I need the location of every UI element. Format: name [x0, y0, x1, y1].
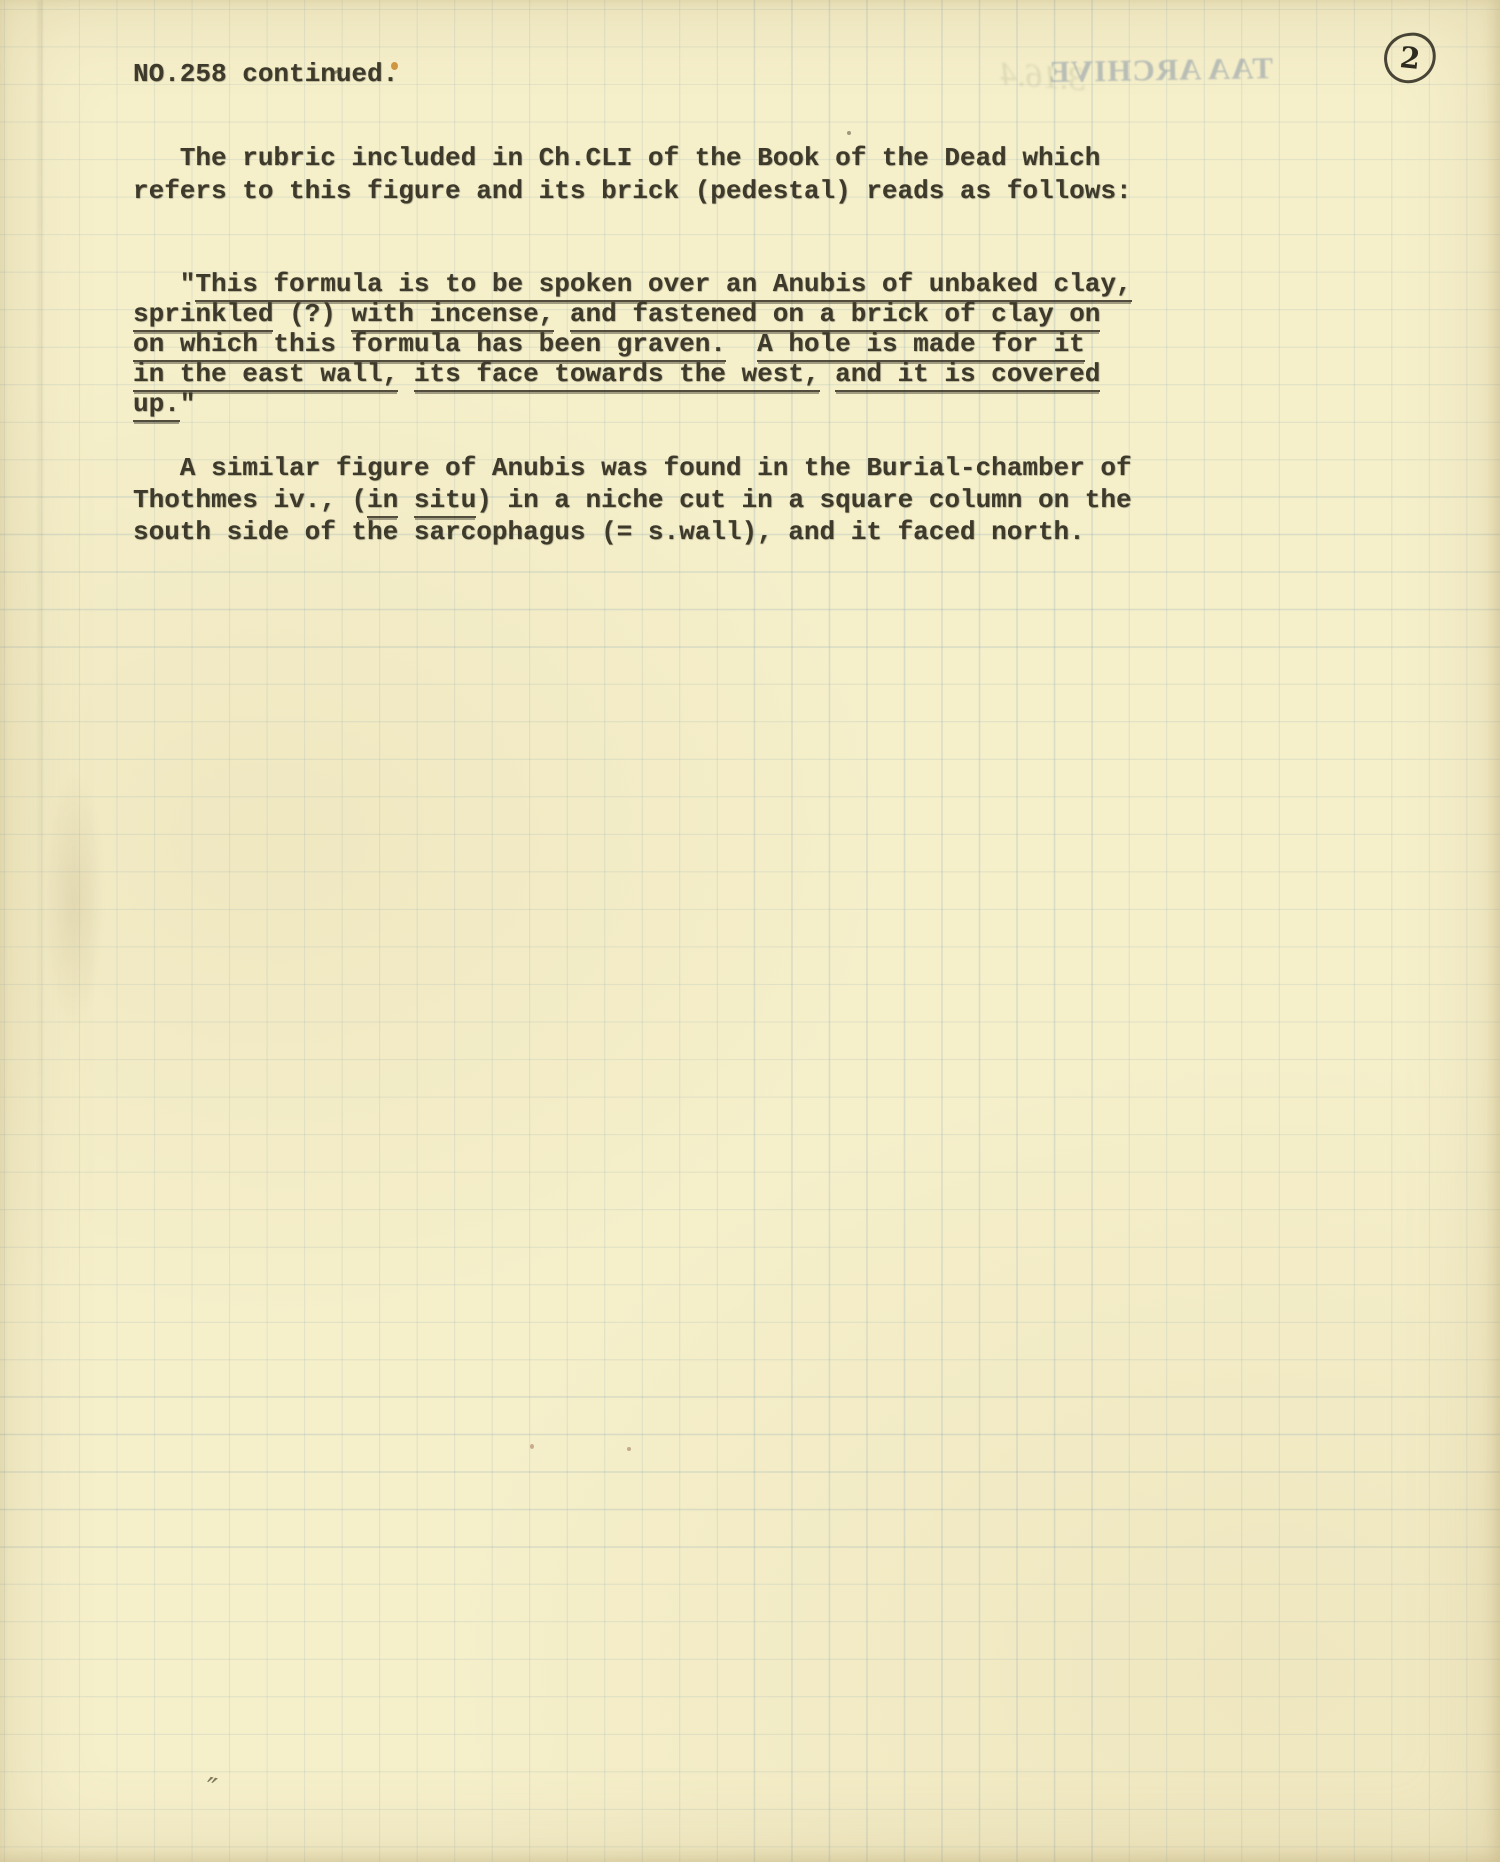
- text-segment: [820, 359, 836, 389]
- paper-speck: [391, 62, 398, 70]
- text-segment: Thothmes iv., (: [133, 485, 367, 515]
- underlined-text-segment: and fastened on a brick of clay on: [570, 299, 1101, 332]
- underlined-text-segment: sprinkled: [133, 299, 273, 332]
- text-segment: A similar figure of Anubis was found in …: [133, 453, 1132, 483]
- underlined-text-segment: on which this formula has been graven.: [133, 329, 726, 362]
- page-number-circle: 2: [1381, 30, 1439, 87]
- text-segment: (?): [273, 299, 351, 329]
- underlined-text-segment: in the east wall,: [133, 359, 398, 392]
- taa-archive-stamp-ghost: TAA ARCHIVE: [1058, 50, 1274, 90]
- text-segment: ": [133, 269, 195, 299]
- paper-crease: [38, 0, 42, 1520]
- paper-speck: [847, 131, 851, 135]
- paper-speck: [627, 1447, 631, 1451]
- text-line: A similar figure of Anubis was found in …: [133, 452, 1132, 484]
- underlined-text-segment: This formula is to be spoken over an Anu…: [195, 269, 1131, 302]
- text-segment: The rubric included in Ch.CLI of the Boo…: [133, 143, 1100, 173]
- text-line: refers to this figure and its brick (ped…: [133, 175, 1132, 208]
- underlined-text-segment: A hole is made for it: [757, 329, 1085, 362]
- text-segment: [554, 299, 570, 329]
- stray-pencil-tick: ″: [201, 1771, 219, 1808]
- text-line: up.": [133, 389, 1132, 419]
- text-line: south side of the sarcophagus (= s.wall)…: [133, 516, 1132, 548]
- underlined-text-segment: situ: [414, 485, 476, 518]
- text-segment: ) in a niche cut in a square column on t…: [476, 485, 1131, 515]
- text-segment: refers to this figure and its brick (ped…: [133, 176, 1132, 206]
- text-segment: ": [180, 389, 196, 419]
- underlined-text-segment: in: [367, 485, 398, 518]
- text-line: Thothmes iv., (in situ) in a niche cut i…: [133, 484, 1132, 516]
- quote-block-underlined: "This formula is to be spoken over an An…: [133, 269, 1132, 419]
- text-line: "This formula is to be spoken over an An…: [133, 269, 1132, 299]
- text-line: sprinkled (?) with incense, and fastened…: [133, 299, 1132, 329]
- text-segment: south side of the sarcophagus (= s.wall)…: [133, 517, 1085, 547]
- underlined-text-segment: with incense,: [351, 299, 554, 332]
- text-segment: NO.258 continued.: [133, 59, 398, 89]
- underlined-text-segment: its face towards the west,: [414, 359, 820, 392]
- page-number: 2: [1398, 40, 1422, 76]
- text-line: in the east wall, its face towards the w…: [133, 359, 1132, 389]
- paper-speck: [530, 1444, 534, 1449]
- text-line: NO.258 continued.: [133, 58, 398, 91]
- text-line: The rubric included in Ch.CLI of the Boo…: [133, 142, 1132, 175]
- text-segment: [398, 359, 414, 389]
- text-segment: [726, 329, 757, 359]
- paper-crease-smudge: [44, 770, 104, 1030]
- paragraph-similar-figure: A similar figure of Anubis was found in …: [133, 452, 1132, 548]
- underlined-text-segment: up.: [133, 389, 180, 422]
- text-segment: [398, 485, 414, 515]
- header-line: NO.258 continued.: [133, 58, 398, 91]
- document-page: TAA ARCHIVE 3.16.4 2 NO.258 continued. T…: [0, 0, 1500, 1862]
- text-line: on which this formula has been graven. A…: [133, 329, 1132, 359]
- underlined-text-segment: and it is covered: [835, 359, 1100, 392]
- paragraph-rubric-intro: The rubric included in Ch.CLI of the Boo…: [133, 142, 1132, 208]
